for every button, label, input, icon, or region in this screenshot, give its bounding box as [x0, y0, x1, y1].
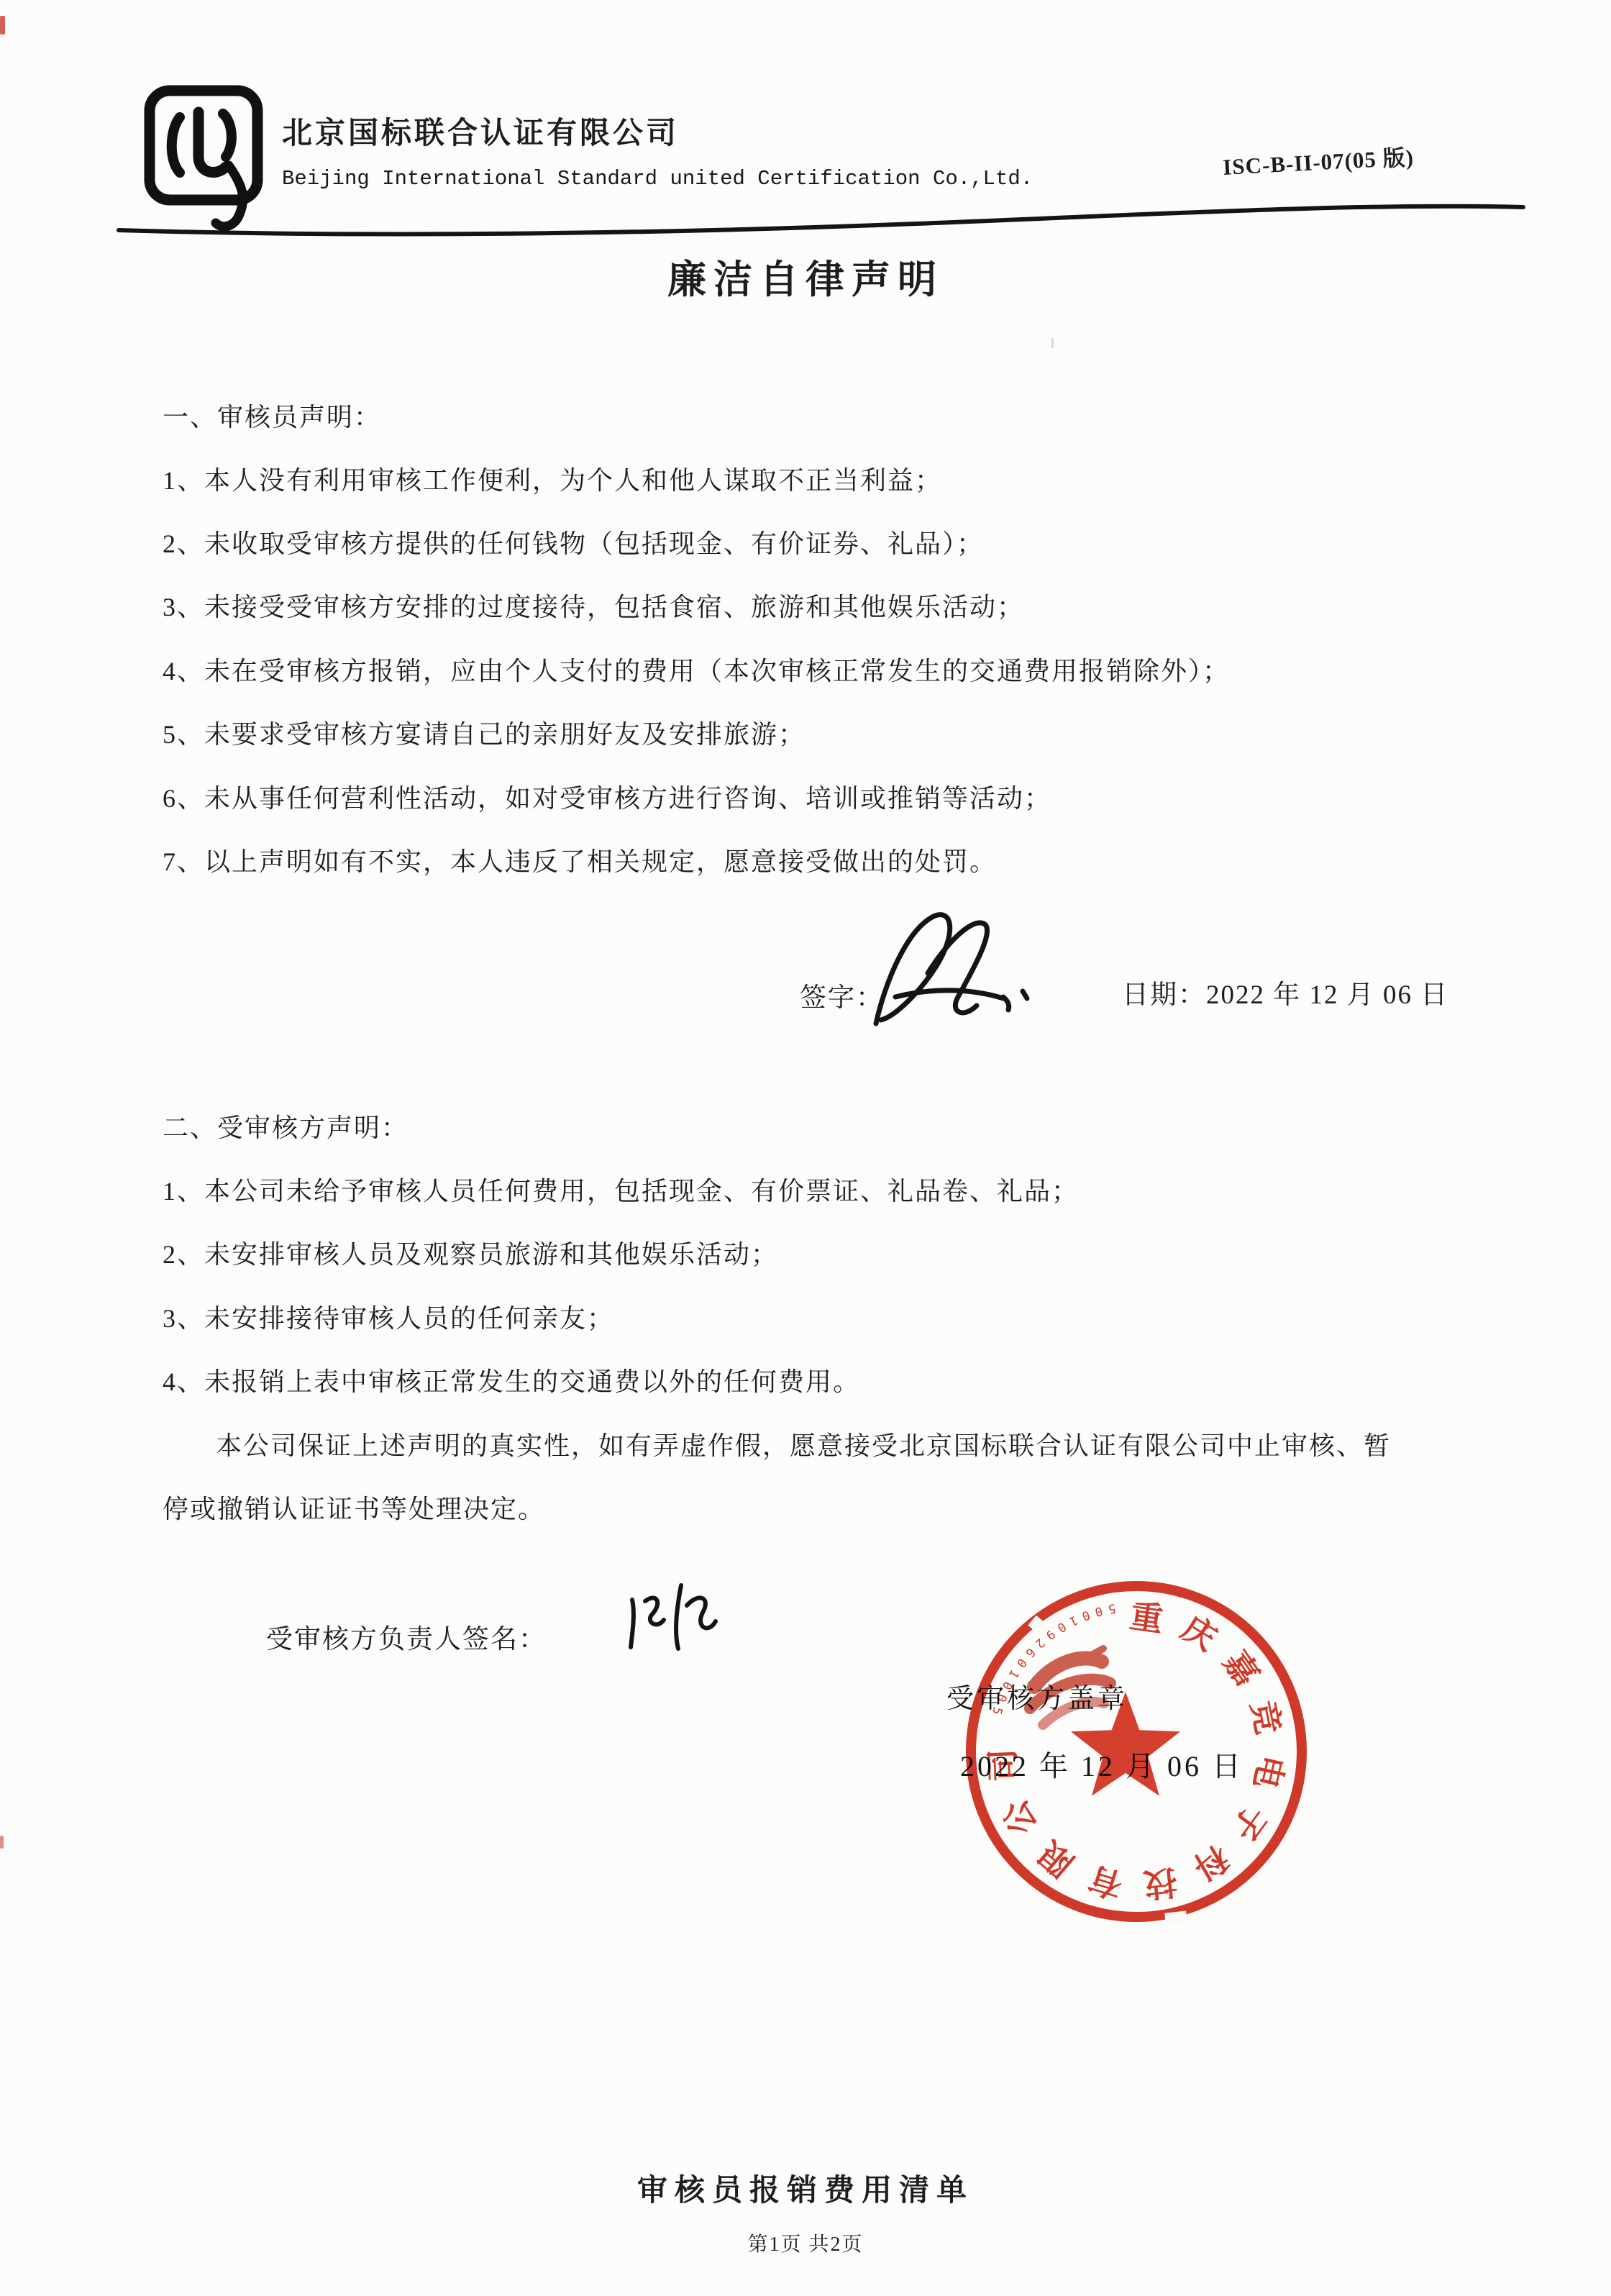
section2-item: 1、本公司未给予审核人员任何费用，包括现金、有价票证、礼品卷、礼品；	[163, 1171, 1079, 1208]
auditee-signature-label: 受审核方负责人签名：	[266, 1617, 547, 1656]
page-title: 廉洁自律声明	[0, 249, 1611, 304]
auditor-signature-date: 日期：2022 年 12 月 06 日	[1122, 972, 1448, 1011]
section1-item: 4、未在受审核方报销，应由个人支付的费用（本次审核正常发生的交通费用报销除外）；	[163, 651, 1230, 688]
section1-heading: 一、审核员声明：	[163, 397, 381, 434]
auditee-signature-handwriting	[615, 1575, 744, 1672]
seal-ink-smudge	[1030, 1649, 1110, 1725]
section2-heading: 二、受审核方声明：	[163, 1108, 409, 1144]
auditor-signature-handwriting	[856, 905, 1057, 1045]
section1-item: 1、本人没有利用审核工作便利，为个人和他人谋取不正当利益；	[163, 460, 942, 497]
scan-artifact-red-mid	[0, 1836, 4, 1849]
company-seal: 重庆嘉竞电子科技有限公司 5001092601005	[949, 1561, 1338, 1953]
section2-item: 4、未报销上表中审核正常发生的交通费以外的任何费用。	[163, 1362, 860, 1398]
scan-artifact-red-top	[0, 16, 5, 35]
company-name-cn: 北京国标联合认证有限公司	[282, 109, 679, 152]
document-code: ISC-B-II-07(05 版)	[1222, 139, 1415, 181]
closing-paragraph-line2: 停或撤销认证证书等处理决定。	[163, 1489, 545, 1526]
section1-item: 5、未要求受审核方宴请自己的亲朋好友及安排旅游；	[163, 714, 806, 751]
scan-artifact-gray	[1051, 338, 1054, 348]
section1-item: 6、未从事任何营利性活动，如对受审核方进行咨询、培训或推销等活动；	[163, 778, 1051, 815]
page-number: 第1页 共2页	[0, 2228, 1611, 2257]
section2-item: 2、未安排审核人员及观察员旅游和其他娱乐活动；	[163, 1234, 778, 1271]
section1-item: 3、未接受受审核方安排的过度接待，包括食宿、旅游和其他娱乐活动；	[163, 587, 1024, 624]
header-rule	[108, 193, 1539, 247]
expense-list-title: 审核员报销费用清单	[0, 2167, 1611, 2210]
closing-paragraph-line1: 本公司保证上述声明的真实性，如有弄虚作假，愿意接受北京国标联合认证有限公司中止审…	[216, 1426, 1391, 1462]
section1-item: 7、以上声明如有不实，本人违反了相关规定，愿意接受做出的处罚。	[163, 842, 997, 878]
section1-item: 2、未收取受审核方提供的任何钱物（包括现金、有价证券、礼品）；	[163, 524, 984, 560]
company-name-en: Beijing International Standard united Ce…	[282, 167, 1033, 191]
scanned-document-page: 北京国标联合认证有限公司 Beijing International Stand…	[0, 0, 1611, 2296]
section2-item: 3、未安排接待审核人员的任何亲友；	[163, 1298, 614, 1335]
